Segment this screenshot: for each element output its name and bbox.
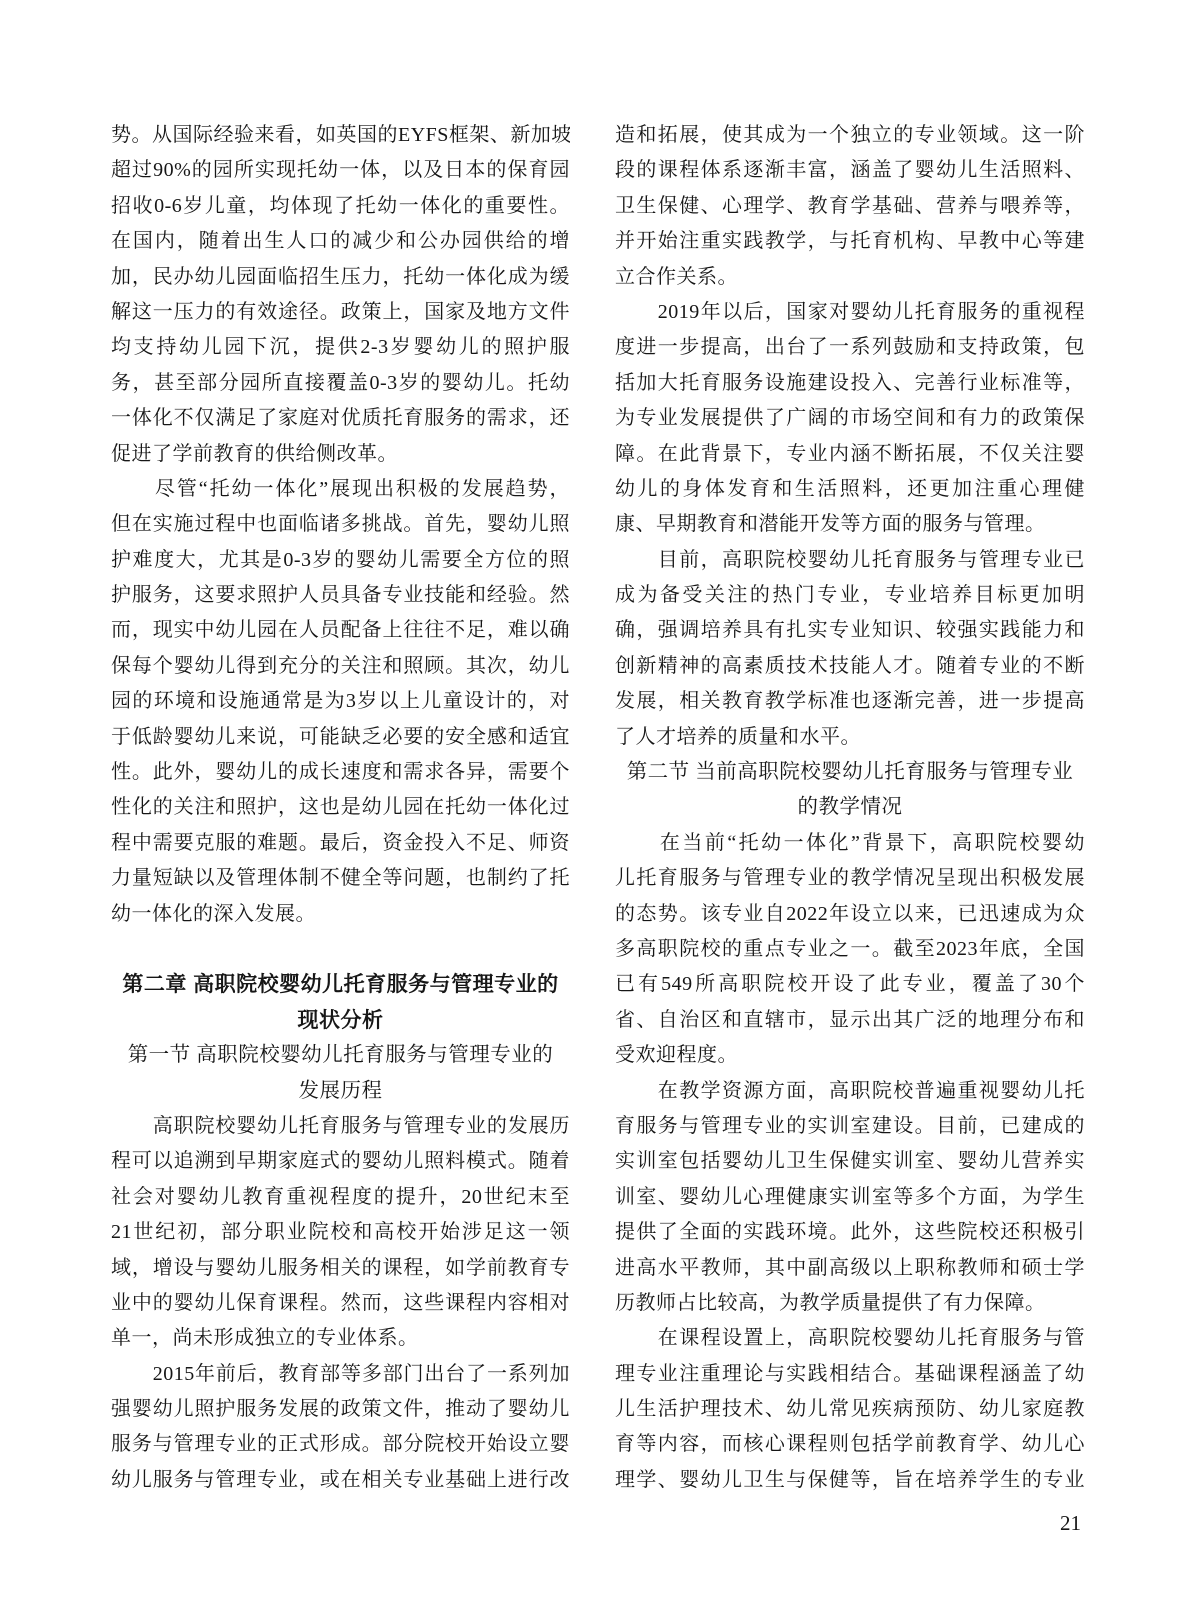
paragraph: 势。从国际经验来看，如英国的EYFS框架、新加坡超过90%的园所实现托幼一体，以… — [111, 118, 570, 472]
text-line: 于低龄婴幼儿来说，可能缺乏必要的安全感和适宜 — [111, 720, 570, 755]
text-line: 加，民办幼儿园面临招生压力，托幼一体化成为缓 — [111, 260, 570, 295]
column-right: 造和拓展，使其成为一个独立的专业领域。这一阶段的课程体系逐渐丰富，涵盖了婴幼儿生… — [615, 118, 1085, 1498]
text-line: 幼儿的身体发育和生活照料，还更加注重心理健 — [615, 472, 1085, 507]
text-line: 提供了全面的实践环境。此外，这些院校还积极引 — [615, 1215, 1085, 1250]
text-line: 受欢迎程度。 — [615, 1038, 1085, 1073]
text-line: 第二节 当前高职院校婴幼儿托育服务与管理专业 — [615, 755, 1085, 790]
text-line: 造和拓展，使其成为一个独立的专业领域。这一阶 — [615, 118, 1085, 153]
text-line: 程可以追溯到早期家庭式的婴幼儿照料模式。随着 — [111, 1144, 570, 1179]
text-line: 多高职院校的重点专业之一。截至2023年底，全国 — [615, 932, 1085, 967]
text-line: 2019年以后，国家对婴幼儿托育服务的重视程 — [615, 295, 1085, 330]
text-line: 2015年前后，教育部等多部门出台了一系列加 — [111, 1357, 570, 1392]
section-heading: 第二节 当前高职院校婴幼儿托育服务与管理专业的教学情况 — [615, 755, 1085, 826]
text-line: 社会对婴幼儿教育重视程度的提升，20世纪末至 — [111, 1180, 570, 1215]
text-line: 康、早期教育和潜能开发等方面的服务与管理。 — [615, 507, 1085, 542]
text-line: 务，甚至部分园所直接覆盖0-3岁的婴幼儿。托幼 — [111, 366, 570, 401]
text-line: 确，强调培养具有扎实专业知识、较强实践能力和 — [615, 613, 1085, 648]
text-line: 单一，尚未形成独立的专业体系。 — [111, 1321, 570, 1356]
text-line: 21世纪初，部分职业院校和高校开始涉足这一领 — [111, 1215, 570, 1250]
text-line: 育等内容，而核心课程则包括学前教育学、幼儿心 — [615, 1427, 1085, 1462]
text-line: 性化的关注和照护，这也是幼儿园在托幼一体化过 — [111, 790, 570, 825]
paragraph: 高职院校婴幼儿托育服务与管理专业的发展历程可以追溯到早期家庭式的婴幼儿照料模式。… — [111, 1109, 570, 1357]
text-line: 服务与管理专业的正式形成。部分院校开始设立婴 — [111, 1427, 570, 1462]
text-line: 理专业注重理论与实践相结合。基础课程涵盖了幼 — [615, 1357, 1085, 1392]
paragraph: 造和拓展，使其成为一个独立的专业领域。这一阶段的课程体系逐渐丰富，涵盖了婴幼儿生… — [615, 118, 1085, 295]
text-line: 儿生活护理技术、幼儿常见疾病预防、幼儿家庭教 — [615, 1392, 1085, 1427]
text-line: 域，增设与婴幼儿服务相关的课程，如学前教育专 — [111, 1251, 570, 1286]
text-line: 业中的婴幼儿保育课程。然而，这些课程内容相对 — [111, 1286, 570, 1321]
text-line: 在国内，随着出生人口的减少和公办园供给的增 — [111, 224, 570, 259]
text-line: 幼一体化的深入发展。 — [111, 897, 570, 932]
text-line: 力量短缺以及管理体制不健全等问题，也制约了托 — [111, 861, 570, 896]
text-line: 创新精神的高素质技术技能人才。随着专业的不断 — [615, 649, 1085, 684]
text-line: 进高水平教师，其中副高级以上职称教师和硕士学 — [615, 1251, 1085, 1286]
column-left: 势。从国际经验来看，如英国的EYFS框架、新加坡超过90%的园所实现托幼一体，以… — [111, 118, 570, 1498]
text-line: 在课程设置上，高职院校婴幼儿托育服务与管 — [615, 1321, 1085, 1356]
text-line: 保每个婴幼儿得到充分的关注和照顾。其次，幼儿 — [111, 649, 570, 684]
text-line: 的态势。该专业自2022年设立以来，已迅速成为众 — [615, 897, 1085, 932]
text-line: 育服务与管理专业的实训室建设。目前，已建成的 — [615, 1109, 1085, 1144]
paragraph: 目前，高职院校婴幼儿托育服务与管理专业已成为备受关注的热门专业，专业培养目标更加… — [615, 543, 1085, 755]
text-line: 括加大托育服务设施建设投入、完善行业标准等， — [615, 366, 1085, 401]
paragraph: 2015年前后，教育部等多部门出台了一系列加强婴幼儿照护服务发展的政策文件，推动… — [111, 1357, 570, 1499]
paragraph: 2019年以后，国家对婴幼儿托育服务的重视程度进一步提高，出台了一系列鼓励和支持… — [615, 295, 1085, 543]
paragraph-spacer — [111, 932, 570, 967]
text-line: 儿托育服务与管理专业的教学情况呈现出积极发展 — [615, 861, 1085, 896]
text-line: 成为备受关注的热门专业，专业培养目标更加明 — [615, 578, 1085, 613]
text-line: 均支持幼儿园下沉，提供2-3岁婴幼儿的照护服 — [111, 330, 570, 365]
text-line: 园的环境和设施通常是为3岁以上儿童设计的，对 — [111, 684, 570, 719]
text-line: 训室、婴幼儿心理健康实训室等多个方面，为学生 — [615, 1180, 1085, 1215]
text-line: 在教学资源方面，高职院校普遍重视婴幼儿托 — [615, 1074, 1085, 1109]
paragraph: 尽管“托幼一体化”展现出积极的发展趋势，但在实施过程中也面临诸多挑战。首先，婴幼… — [111, 472, 570, 932]
text-line: 促进了学前教育的供给侧改革。 — [111, 437, 570, 472]
text-line: 段的课程体系逐渐丰富，涵盖了婴幼儿生活照料、 — [615, 153, 1085, 188]
text-line: 第二章 高职院校婴幼儿托育服务与管理专业的 — [111, 967, 570, 1002]
section-heading: 第一节 高职院校婴幼儿托育服务与管理专业的发展历程 — [111, 1038, 570, 1109]
text-line: 程中需要克服的难题。最后，资金投入不足、师资 — [111, 826, 570, 861]
text-line: 但在实施过程中也面临诸多挑战。首先，婴幼儿照 — [111, 507, 570, 542]
page-number: 21 — [1060, 1510, 1081, 1536]
text-line: 势。从国际经验来看，如英国的EYFS框架、新加坡 — [111, 118, 570, 153]
paragraph: 在当前“托幼一体化”背景下，高职院校婴幼儿托育服务与管理专业的教学情况呈现出积极… — [615, 826, 1085, 1074]
text-line: 理学、婴幼儿卫生与保健等，旨在培养学生的专业 — [615, 1463, 1085, 1498]
text-line: 性。此外，婴幼儿的成长速度和需求各异，需要个 — [111, 755, 570, 790]
text-line: 度进一步提高，出台了一系列鼓励和支持政策，包 — [615, 330, 1085, 365]
text-line: 护难度大，尤其是0-3岁的婴幼儿需要全方位的照 — [111, 543, 570, 578]
text-line: 尽管“托幼一体化”展现出积极的发展趋势， — [111, 472, 570, 507]
text-line: 实训室包括婴幼儿卫生保健实训室、婴幼儿营养实 — [615, 1144, 1085, 1179]
text-line: 现状分析 — [111, 1003, 570, 1038]
chapter-heading: 第二章 高职院校婴幼儿托育服务与管理专业的现状分析 — [111, 967, 570, 1038]
text-line: 招收0-6岁儿童，均体现了托幼一体化的重要性。 — [111, 189, 570, 224]
text-line: 强婴幼儿照护服务发展的政策文件，推动了婴幼儿 — [111, 1392, 570, 1427]
text-line: 一体化不仅满足了家庭对优质托育服务的需求，还 — [111, 401, 570, 436]
text-line: 已有549所高职院校开设了此专业，覆盖了30个 — [615, 967, 1085, 1002]
text-line: 幼儿服务与管理专业，或在相关专业基础上进行改 — [111, 1463, 570, 1498]
text-line: 为专业发展提供了广阔的市场空间和有力的政策保 — [615, 401, 1085, 436]
text-line: 发展，相关教育教学标准也逐渐完善，进一步提高 — [615, 684, 1085, 719]
text-line: 省、自治区和直辖市，显示出其广泛的地理分布和 — [615, 1003, 1085, 1038]
text-columns: 势。从国际经验来看，如英国的EYFS框架、新加坡超过90%的园所实现托幼一体，以… — [111, 118, 1085, 1498]
text-line: 的教学情况 — [615, 790, 1085, 825]
paragraph: 在课程设置上，高职院校婴幼儿托育服务与管理专业注重理论与实践相结合。基础课程涵盖… — [615, 1321, 1085, 1498]
text-line: 护服务，这要求照护人员具备专业技能和经验。然 — [111, 578, 570, 613]
text-line: 高职院校婴幼儿托育服务与管理专业的发展历 — [111, 1109, 570, 1144]
text-line: 了人才培养的质量和水平。 — [615, 720, 1085, 755]
text-line: 立合作关系。 — [615, 260, 1085, 295]
text-line: 并开始注重实践教学，与托育机构、早教中心等建 — [615, 224, 1085, 259]
text-line: 超过90%的园所实现托幼一体，以及日本的保育园 — [111, 153, 570, 188]
text-line: 历教师占比较高，为教学质量提供了有力保障。 — [615, 1286, 1085, 1321]
text-line: 目前，高职院校婴幼儿托育服务与管理专业已 — [615, 543, 1085, 578]
text-line: 发展历程 — [111, 1074, 570, 1109]
text-line: 而，现实中幼儿园在人员配备上往往不足，难以确 — [111, 613, 570, 648]
text-line: 卫生保健、心理学、教育学基础、营养与喂养等， — [615, 189, 1085, 224]
text-line: 在当前“托幼一体化”背景下，高职院校婴幼 — [615, 826, 1085, 861]
document-page: 势。从国际经验来看，如英国的EYFS框架、新加坡超过90%的园所实现托幼一体，以… — [0, 0, 1191, 1616]
text-line: 障。在此背景下，专业内涵不断拓展，不仅关注婴 — [615, 437, 1085, 472]
paragraph: 在教学资源方面，高职院校普遍重视婴幼儿托育服务与管理专业的实训室建设。目前，已建… — [615, 1074, 1085, 1322]
text-line: 解这一压力的有效途径。政策上，国家及地方文件 — [111, 295, 570, 330]
text-line: 第一节 高职院校婴幼儿托育服务与管理专业的 — [111, 1038, 570, 1073]
